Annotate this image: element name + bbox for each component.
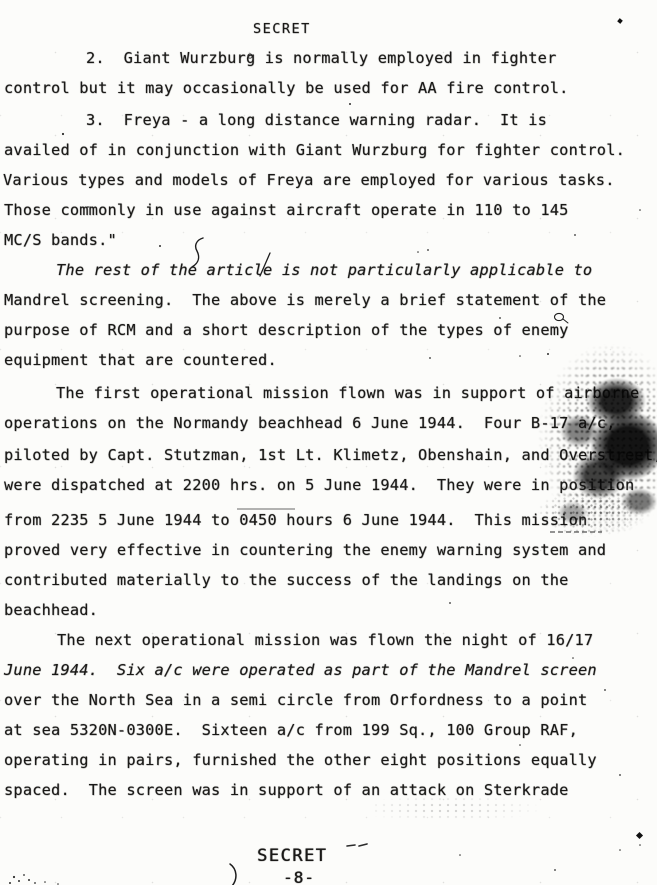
text-line: contributed materially to the success of…: [4, 571, 569, 589]
text-line: 2. Giant Wurzburg is normally employed i…: [86, 49, 556, 67]
handwritten-paren: [230, 864, 236, 885]
text-line: from 2235 5 June 1944 to 0450 hours 6 Ju…: [4, 511, 587, 529]
faint-smudge: [372, 796, 542, 824]
handwritten-loop: [555, 313, 564, 320]
classification-header: SECRET: [253, 20, 311, 38]
text-line: equipment that are countered.: [4, 351, 277, 369]
document-page: SECRET 2. Giant Wurzburg is normally emp…: [0, 0, 657, 885]
text-line: The first operational mission flown was …: [56, 384, 639, 402]
text-line: purpose of RCM and a short description o…: [4, 321, 569, 339]
text-line: control but it may occasionally be used …: [4, 79, 569, 97]
text-line: piloted by Capt. Stutzman, 1st Lt. Klime…: [4, 446, 657, 464]
text-line: operating in pairs, furnished the other …: [4, 751, 597, 769]
text-line: Mandrel screening. The above is merely a…: [4, 291, 606, 309]
classification-footer: SECRET: [257, 847, 327, 865]
text-line: 3. Freya - a long distance warning radar…: [86, 111, 547, 129]
text-line: June 1944. Six a/c were operated as part…: [4, 661, 597, 679]
text-line: spaced. The screen was in support of an …: [4, 781, 569, 799]
text-line: over the North Sea in a semi circle from…: [4, 691, 587, 709]
page-number: -8-: [283, 869, 315, 885]
ink-fleck: [636, 832, 643, 839]
text-line: operations on the Normandy beachhead 6 J…: [4, 414, 616, 432]
ink-fleck: [617, 18, 623, 24]
text-line: were dispatched at 2200 hrs. on 5 June 1…: [4, 476, 634, 494]
text-line: MC/S bands.": [4, 231, 117, 249]
text-line: availed of in conjunction with Giant Wur…: [4, 141, 625, 159]
text-line: The next operational mission was flown t…: [57, 631, 593, 649]
text-line: proved very effective in countering the …: [4, 541, 606, 559]
pencil-dashes: [347, 844, 367, 846]
text-line: at sea 5320N-0300E. Sixteen a/c from 199…: [4, 721, 578, 739]
text-line: The rest of the article is not particula…: [56, 261, 592, 279]
text-line: Those commonly in use against aircraft o…: [4, 201, 569, 219]
text-line: beachhead.: [4, 601, 98, 619]
text-line: Various types and models of Freya are em…: [3, 171, 615, 189]
